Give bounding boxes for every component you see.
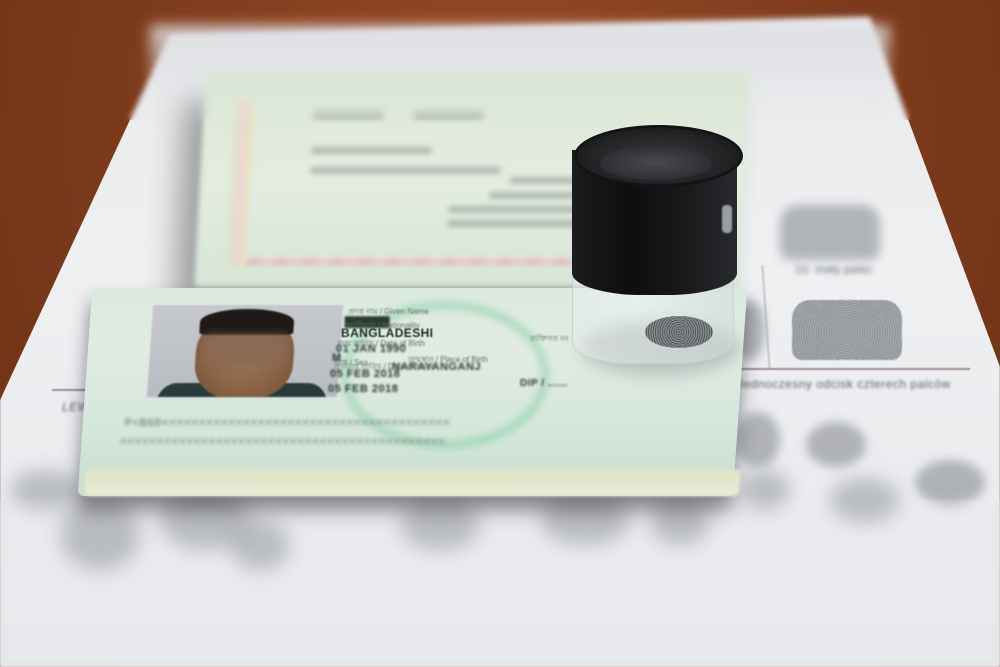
- card-divider: [740, 368, 970, 370]
- mrz-line-2: <<<<<<<<<<<<<<<<<<<<<<<<<<<<<<<<<<<<<<<<…: [120, 437, 680, 449]
- fingerprint: [806, 422, 866, 467]
- text-line: [310, 167, 500, 174]
- mrz-line-1: P<BGD<<<<<<<<<<<<<<<<<<<<<<<<<<<<<<<<<<<…: [125, 418, 685, 430]
- privacy-blur: [203, 335, 287, 365]
- depth-of-field-blur-top: [0, 0, 1000, 120]
- dob-value: 01 JAN 1990: [336, 343, 406, 355]
- magnified-fingerprint: [645, 316, 713, 348]
- loupe-logo: [722, 205, 732, 233]
- date-of-issue-value: 05 FEB 2018: [330, 368, 400, 380]
- text-line: [311, 147, 431, 154]
- photo-scene: LEWA R 10. mały palec Jednoczesny odcisk…: [0, 0, 1000, 667]
- fingerprint: [792, 300, 902, 360]
- right-field-label: ব্যক্তিগত নং: [530, 333, 569, 346]
- fingerprint: [780, 205, 880, 260]
- loupe-lens: [600, 146, 712, 180]
- guilloche-border: [225, 102, 254, 267]
- fingerprint: [915, 460, 985, 505]
- passport-photo: [147, 305, 343, 397]
- card-label-finger: 10. mały palec: [795, 264, 873, 276]
- right-field-value: DIP / ......: [520, 378, 568, 389]
- fingerprint: [735, 412, 780, 467]
- card-label-four-fingers: Jednoczesny odcisk czterech palców: [737, 377, 951, 391]
- depth-of-field-blur-bottom: [0, 500, 1000, 667]
- date-of-expiry-value: 05 FEB 2018: [328, 383, 398, 395]
- passport-page-edge: [84, 470, 741, 496]
- hair: [199, 309, 295, 335]
